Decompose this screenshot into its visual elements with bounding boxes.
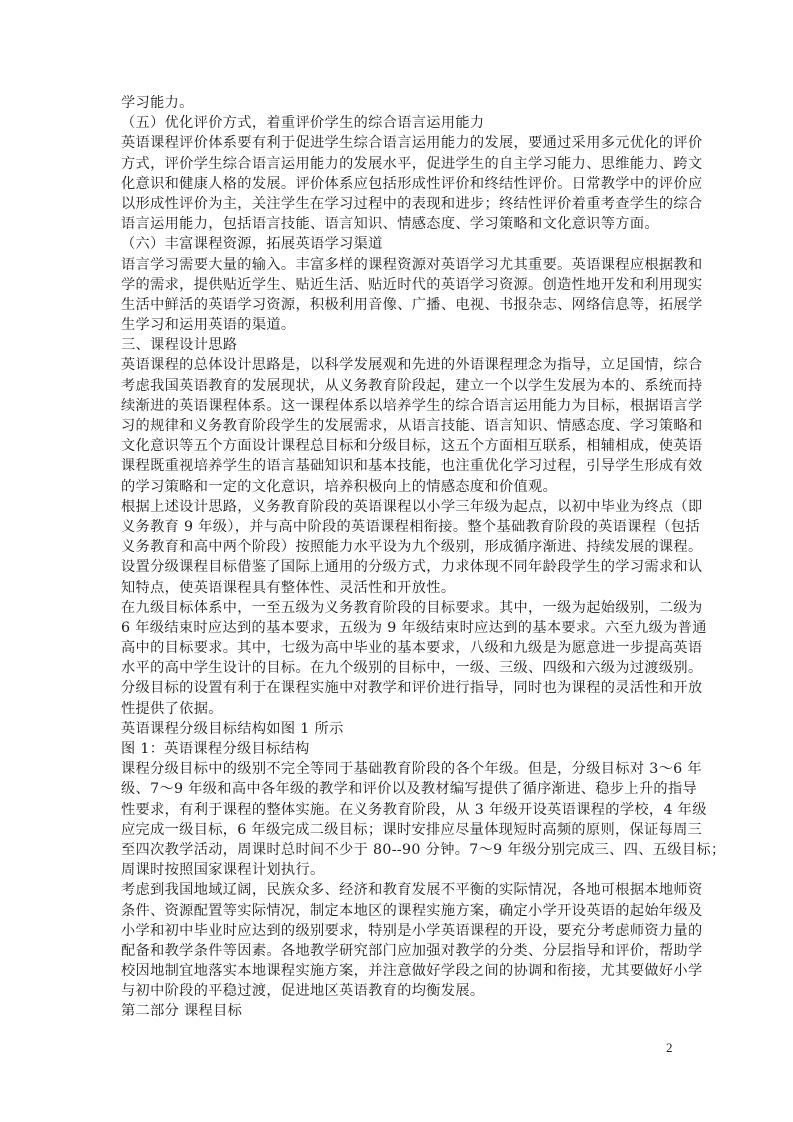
section-heading: （六）丰富课程资源，拓展英语学习渠道: [121, 234, 677, 254]
text-line: 文化意识等五个方面设计课程总目标和分级目标，这五个方面相互联系，相辅相成，使英语: [121, 436, 677, 456]
paragraph: 课程分级目标中的级别不完全等同于基础教育阶段的各个年级。但是，分级目标对 3～6…: [121, 759, 677, 880]
text-line: 生活中鲜活的英语学习资源，积极利用音像、广播、电视、书报杂志、网络信息等，拓展学: [121, 295, 677, 315]
text-line: 图 1：英语课程分级目标结构: [121, 739, 677, 759]
text-line: 义务教育 9 年级），并与高中阶段的英语课程相衔接。整个基础教育阶段的英语课程（…: [121, 517, 677, 537]
page-number: 2: [666, 1040, 673, 1056]
text-line: （六）丰富课程资源，拓展英语学习渠道: [121, 234, 677, 254]
paragraph: 英语课程评价体系要有利于促进学生综合语言运用能力的发展，要通过采用多元优化的评价…: [121, 133, 677, 234]
text-line: 的学习策略和一定的文化意识，培养积极向上的情感态度和价值观。: [121, 477, 677, 497]
text-line: 在九级目标体系中，一至五级为义务教育阶段的目标要求。其中，一级为起始级别，二级为: [121, 598, 677, 618]
page-body: 学习能力。（五）优化评价方式，着重评价学生的综合语言运用能力英语课程评价体系要有…: [121, 93, 677, 1022]
paragraph: 语言学习需要大量的输入。丰富多样的课程资源对英语学习尤其重要。英语课程应根据教和…: [121, 255, 677, 336]
section-heading: 第二部分 课程目标: [121, 1001, 677, 1021]
text-line: 设置分级课程目标借鉴了国际上通用的分级方式，力求体现不同年龄段学生的学习需求和认: [121, 557, 677, 577]
paragraph: 英语课程分级目标结构如图 1 所示: [121, 719, 677, 739]
text-line: 英语课程评价体系要有利于促进学生综合语言运用能力的发展，要通过采用多元优化的评价: [121, 133, 677, 153]
figure-caption: 图 1：英语课程分级目标结构: [121, 739, 677, 759]
text-line: 周课时按照国家课程计划执行。: [121, 860, 677, 880]
text-line: 性要求，有利于课程的整体实施。在义务教育阶段，从 3 年级开设英语课程的学校，4…: [121, 800, 677, 820]
text-line: 学的需求，提供贴近学生、贴近生活、贴近时代的英语学习资源。创造性地开发和利用现实: [121, 275, 677, 295]
text-line: 考虑我国英语教育的发展现状，从义务教育阶段起，建立一个以学生发展为本的、系统而持: [121, 376, 677, 396]
text-line: 续渐进的英语课程体系。这一课程体系以培养学生的综合语言运用能力为目标，根据语言学: [121, 396, 677, 416]
document-page: 学习能力。（五）优化评价方式，着重评价学生的综合语言运用能力英语课程评价体系要有…: [0, 0, 793, 1122]
text-line: （五）优化评价方式，着重评价学生的综合语言运用能力: [121, 113, 677, 133]
text-line: 生学习和运用英语的渠道。: [121, 315, 677, 335]
text-line: 高中的目标要求。其中，七级为高中毕业的基本要求，八级和九级是为愿意进一步提高英语: [121, 638, 677, 658]
text-line: 义务教育和高中两个阶段）按照能力水平设为九个级别，形成循序渐进、持续发展的课程。: [121, 537, 677, 557]
text-line: 语言学习需要大量的输入。丰富多样的课程资源对英语学习尤其重要。英语课程应根据教和: [121, 255, 677, 275]
text-line: 性提供了依据。: [121, 699, 677, 719]
text-line: 学习能力。: [121, 93, 677, 113]
text-line: 与初中阶段的平稳过渡，促进地区英语教育的均衡发展。: [121, 981, 677, 1001]
text-line: 英语课程的总体设计思路是，以科学发展观和先进的外语课程理念为指导，立足国情，综合: [121, 355, 677, 375]
text-line: 根据上述设计思路，义务教育阶段的英语课程以小学三年级为起点，以初中毕业为终点（即: [121, 497, 677, 517]
paragraph: 英语课程的总体设计思路是，以科学发展观和先进的外语课程理念为指导，立足国情，综合…: [121, 355, 677, 496]
section-heading: （五）优化评价方式，着重评价学生的综合语言运用能力: [121, 113, 677, 133]
text-line: 配备和教学条件等因素。各地教学研究部门应加强对教学的分类、分层指导和评价，帮助学: [121, 941, 677, 961]
paragraph: 考虑到我国地域辽阔，民族众多、经济和教育发展不平衡的实际情况，各地可根据本地师资…: [121, 880, 677, 1001]
text-line: 语言运用能力，包括语言技能、语言知识、情感态度、学习策略和文化意识等方面。: [121, 214, 677, 234]
text-line: 第二部分 课程目标: [121, 1001, 677, 1021]
text-line: 校因地制宜地落实本地课程实施方案，并注意做好学段之间的协调和衔接，尤其要做好小学: [121, 961, 677, 981]
text-line: 应完成一级目标，6 年级完成二级目标；课时安排应尽量体现短时高频的原则，保证每周…: [121, 820, 677, 840]
text-line: 以形成性评价为主，关注学生在学习过程中的表现和进步；终结性评价着重考查学生的综合: [121, 194, 677, 214]
text-line: 英语课程分级目标结构如图 1 所示: [121, 719, 677, 739]
text-line: 分级目标的设置有利于在课程实施中对教学和评价进行指导，同时也为课程的灵活性和开放: [121, 678, 677, 698]
text-line: 考虑到我国地域辽阔，民族众多、经济和教育发展不平衡的实际情况，各地可根据本地师资: [121, 880, 677, 900]
paragraph: 在九级目标体系中，一至五级为义务教育阶段的目标要求。其中，一级为起始级别，二级为…: [121, 598, 677, 719]
text-line: 6 年级结束时应达到的基本要求，五级为 9 年级结束时应达到的基本要求。六至九级…: [121, 618, 677, 638]
text-line: 至四次教学活动，周课时总时间不少于 80--90 分钟。7～9 年级分别完成三、…: [121, 840, 677, 860]
text-line: 课程分级目标中的级别不完全等同于基础教育阶段的各个年级。但是，分级目标对 3～6…: [121, 759, 677, 779]
text-line: 小学和初中毕业时应达到的级别要求，特别是小学英语课程的开设，要充分考虑师资力量的: [121, 921, 677, 941]
paragraph: 根据上述设计思路，义务教育阶段的英语课程以小学三年级为起点，以初中毕业为终点（即…: [121, 497, 677, 598]
text-line: 条件、资源配置等实际情况，制定本地区的课程实施方案，确定小学开设英语的起始年级及: [121, 901, 677, 921]
paragraph: 学习能力。: [121, 93, 677, 113]
section-heading: 三、课程设计思路: [121, 335, 677, 355]
text-line: 习的规律和义务教育阶段学生的发展需求，从语言技能、语言知识、情感态度、学习策略和: [121, 416, 677, 436]
text-line: 级、7～9 年级和高中各年级的教学和评价以及教材编写提供了循序渐进、稳步上升的指…: [121, 779, 677, 799]
text-line: 水平的高中学生设计的目标。在九个级别的目标中，一级、三级、四级和六级为过渡级别。: [121, 658, 677, 678]
text-line: 知特点，使英语课程具有整体性、灵活性和开放性。: [121, 578, 677, 598]
text-line: 化意识和健康人格的发展。评价体系应包括形成性评价和终结性评价。日常教学中的评价应: [121, 174, 677, 194]
text-line: 方式，评价学生综合语言运用能力的发展水平，促进学生的自主学习能力、思维能力、跨文: [121, 154, 677, 174]
text-line: 三、课程设计思路: [121, 335, 677, 355]
text-line: 课程既重视培养学生的语言基础知识和基本技能，也注重优化学习过程，引导学生形成有效: [121, 456, 677, 476]
